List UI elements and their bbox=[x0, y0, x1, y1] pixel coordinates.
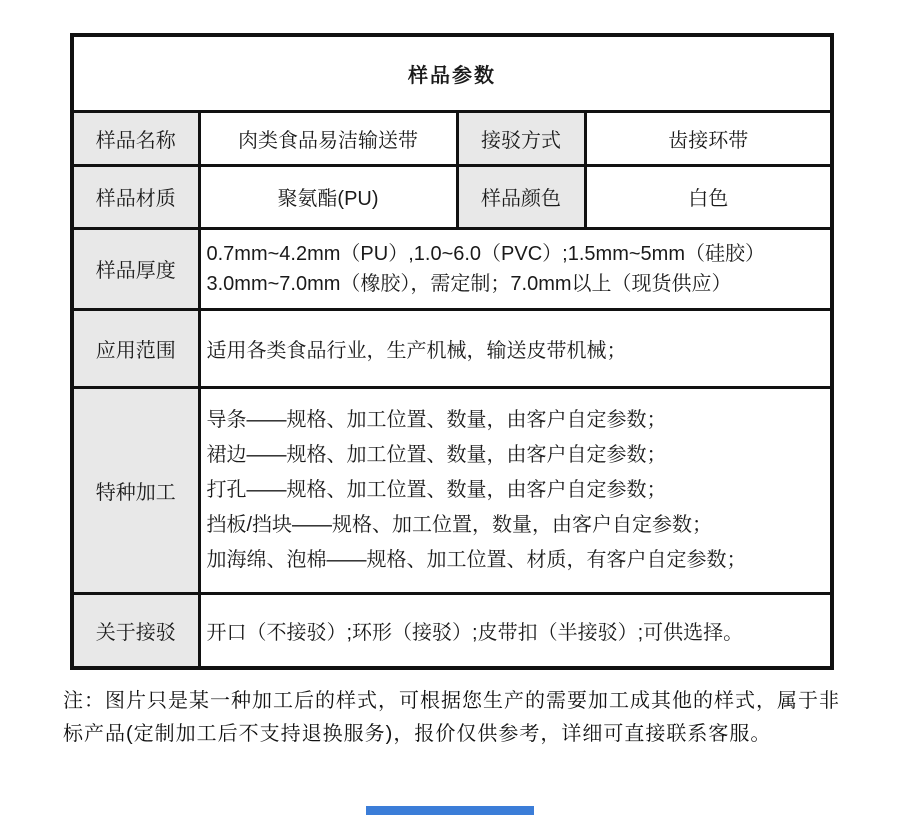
table-row: 样品名称 肉类食品易洁输送带 接驳方式 齿接环带 bbox=[72, 111, 832, 165]
value-application-scope: 适用各类食品行业，生产机械，输送皮带机械； bbox=[199, 309, 832, 387]
table-row: 关于接驳 开口（不接驳）;环形（接驳）;皮带扣（半接驳）;可供选择。 bbox=[72, 593, 832, 668]
value-sample-material: 聚氨酯(PU) bbox=[199, 165, 457, 228]
sample-parameters-table: 样品参数 样品名称 肉类食品易洁输送带 接驳方式 齿接环带 样品材质 聚氨酯(P… bbox=[70, 33, 834, 670]
table-row: 特种加工 导条——规格、加工位置、数量，由客户自定参数； 裙边——规格、加工位置… bbox=[72, 387, 832, 593]
value-special-processing: 导条——规格、加工位置、数量，由客户自定参数； 裙边——规格、加工位置、数量，由… bbox=[199, 387, 832, 593]
table-row: 样品厚度 0.7mm~4.2mm（PU）,1.0~6.0（PVC）;1.5mm~… bbox=[72, 228, 832, 309]
label-sample-name: 样品名称 bbox=[72, 111, 199, 165]
table-title-row: 样品参数 bbox=[72, 35, 832, 111]
value-about-joining: 开口（不接驳）;环形（接驳）;皮带扣（半接驳）;可供选择。 bbox=[199, 593, 832, 668]
label-sample-material: 样品材质 bbox=[72, 165, 199, 228]
value-sample-thickness: 0.7mm~4.2mm（PU）,1.0~6.0（PVC）;1.5mm~5mm（硅… bbox=[199, 228, 832, 309]
value-sample-name: 肉类食品易洁输送带 bbox=[199, 111, 457, 165]
value-sample-color: 白色 bbox=[585, 165, 832, 228]
bottom-accent-bar bbox=[366, 806, 534, 815]
label-about-joining: 关于接驳 bbox=[72, 593, 199, 668]
label-sample-thickness: 样品厚度 bbox=[72, 228, 199, 309]
label-joint-method: 接驳方式 bbox=[457, 111, 585, 165]
value-joint-method: 齿接环带 bbox=[585, 111, 832, 165]
label-application-scope: 应用范围 bbox=[72, 309, 199, 387]
page-title: 样品参数 bbox=[72, 35, 832, 111]
table-row: 应用范围 适用各类食品行业，生产机械，输送皮带机械； bbox=[72, 309, 832, 387]
label-special-processing: 特种加工 bbox=[72, 387, 199, 593]
table-row: 样品材质 聚氨酯(PU) 样品颜色 白色 bbox=[72, 165, 832, 228]
label-sample-color: 样品颜色 bbox=[457, 165, 585, 228]
footnote: 注：图片只是某一种加工后的样式，可根据您生产的需要加工成其他的样式，属于非 标产… bbox=[63, 685, 853, 751]
